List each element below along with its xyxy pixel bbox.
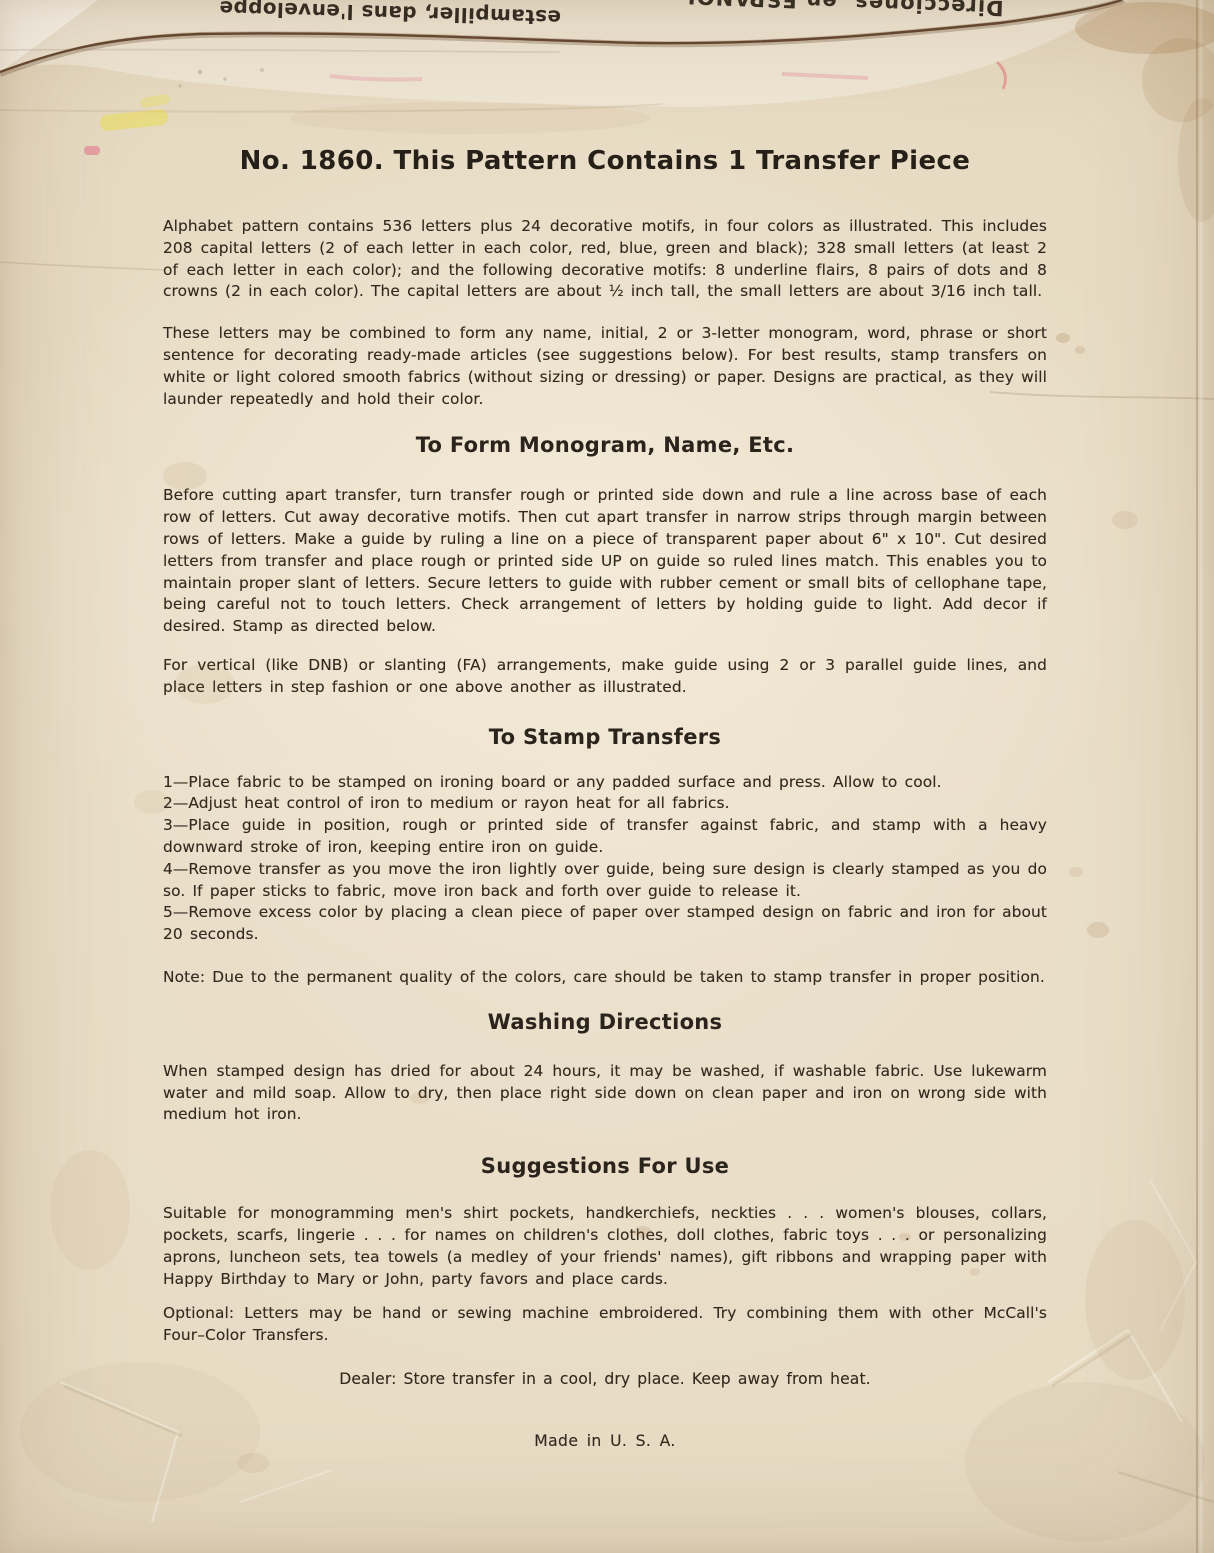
flap-text-french: estampiller, dans l'enveloppe [200, 0, 581, 30]
monogram-paragraph-2: For vertical (like DNB) or slanting (FA)… [163, 655, 1047, 699]
made-in-label: Made in U. S. A. [163, 1432, 1047, 1450]
pattern-envelope-back: Direcciones, en ESPANOL, para estampar e… [0, 0, 1214, 1553]
dealer-note: Dealer: Store transfer in a cool, dry pl… [163, 1370, 1047, 1388]
stamp-step-2: 2—Adjust heat control of iron to medium … [163, 793, 1047, 815]
flap-text-french-label: estampiller, dans l'enveloppe [219, 0, 562, 30]
washing-paragraph: When stamped design has dried for about … [163, 1061, 1047, 1126]
stamp-step-4: 4—Remove transfer as you move the iron l… [163, 859, 1047, 903]
section-heading-suggestions: Suggestions For Use [163, 1154, 1047, 1178]
section-heading-stamp-transfers: To Stamp Transfers [163, 725, 1047, 749]
stamp-step-1: 1—Place fabric to be stamped on ironing … [163, 772, 1047, 794]
intro-paragraph-2: These letters may be combined to form an… [163, 323, 1047, 410]
monogram-paragraph-1: Before cutting apart transfer, turn tran… [163, 485, 1047, 638]
section-heading-washing: Washing Directions [163, 1010, 1047, 1034]
intro-paragraph-1: Alphabet pattern contains 536 letters pl… [163, 216, 1047, 303]
stamp-step-3: 3—Place guide in position, rough or prin… [163, 815, 1047, 859]
section-heading-monogram: To Form Monogram, Name, Etc. [163, 433, 1047, 457]
suggestions-paragraph: Suitable for monogramming men's shirt po… [163, 1203, 1047, 1290]
instruction-text: No. 1860. This Pattern Contains 1 Transf… [163, 146, 1047, 1450]
stamp-note: Note: Due to the permanent quality of th… [163, 967, 1047, 989]
optional-paragraph: Optional: Letters may be hand or sewing … [163, 1303, 1047, 1347]
page-title: No. 1860. This Pattern Contains 1 Transf… [163, 146, 1047, 176]
stamp-step-5: 5—Remove excess color by placing a clean… [163, 902, 1047, 946]
stamp-steps-list: 1—Place fabric to be stamped on ironing … [163, 772, 1047, 946]
